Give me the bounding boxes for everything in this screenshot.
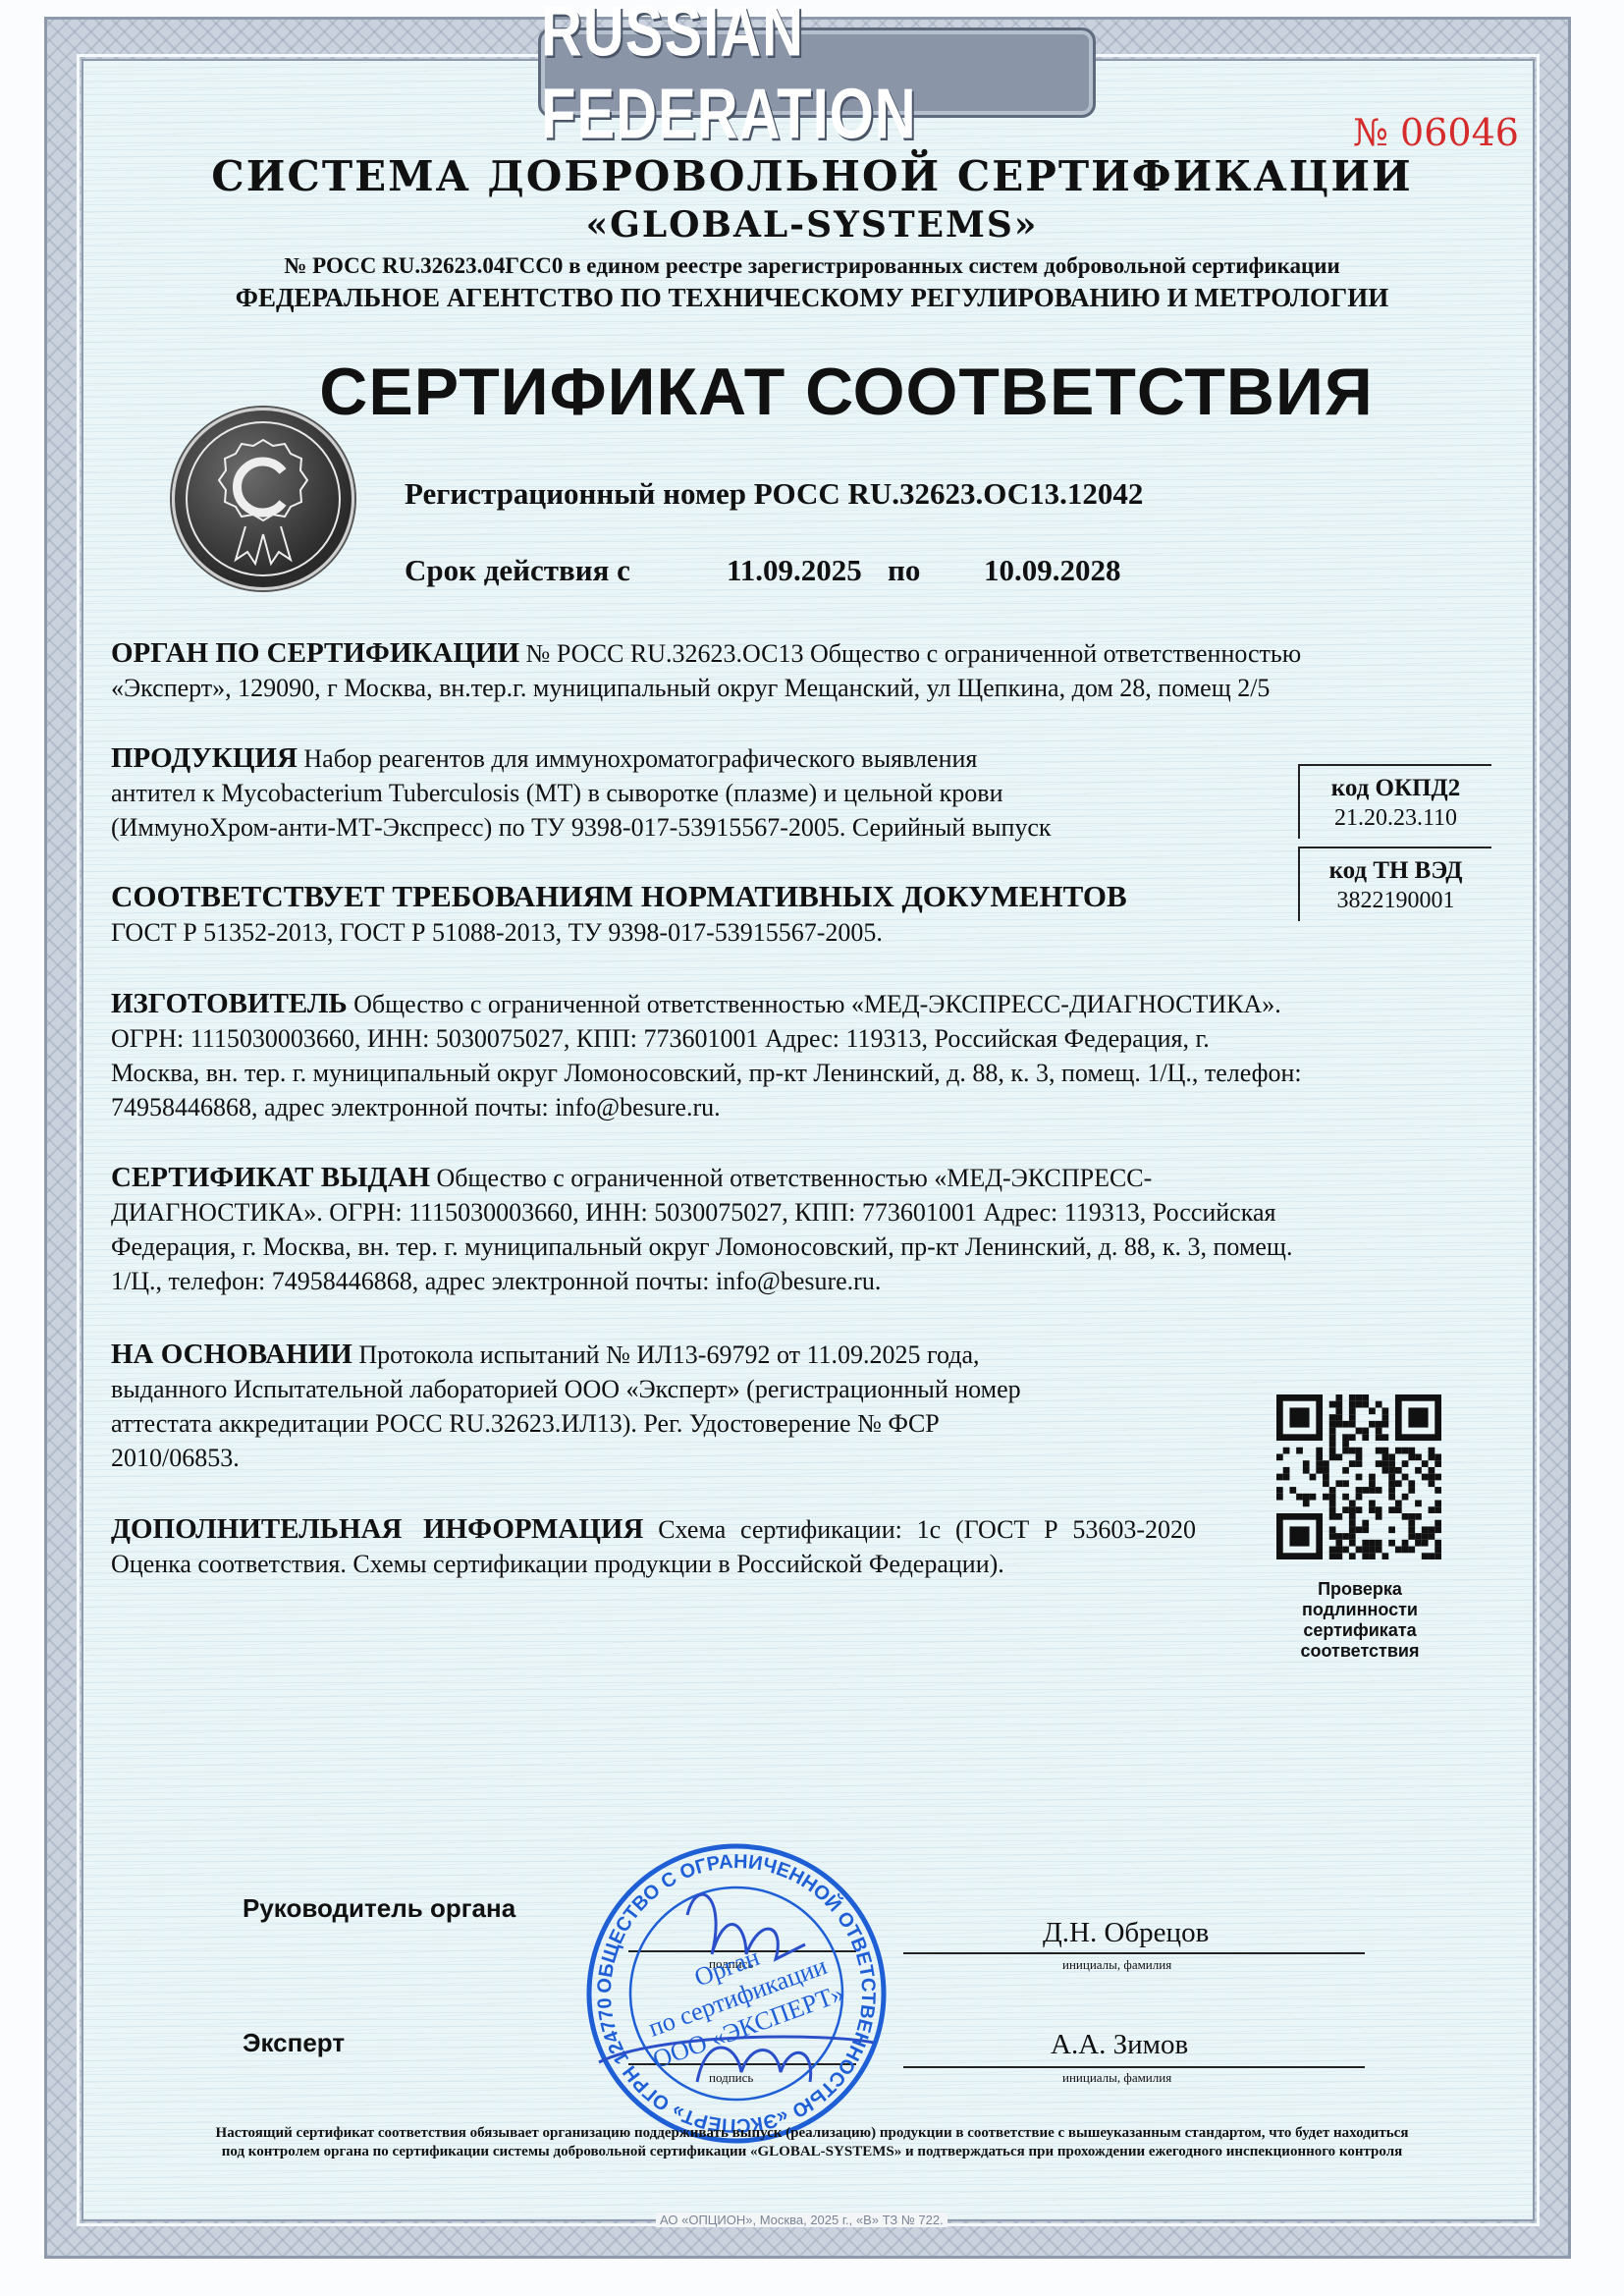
russian-federation-banner: RUSSIAN FEDERATION — [538, 27, 1096, 118]
section-heading: ПРОДУКЦИЯ — [111, 742, 298, 774]
expert-name-label: инициалы, фамилия — [1062, 2070, 1171, 2086]
qr-code-icon[interactable] — [1276, 1394, 1441, 1559]
serial-number: № 06046 — [1353, 111, 1519, 154]
okpd2-value: 21.20.23.110 — [1300, 803, 1491, 833]
section-issued-to: СЕРТИФИКАТ ВЫДАН Общество с ограниченной… — [111, 1161, 1292, 1298]
registration-number: РОСС RU.32623.ОС13.12042 — [754, 476, 1144, 511]
okpd2-code-box: код ОКПД2 21.20.23.110 — [1298, 764, 1491, 839]
head-role-label: Руководитель органа — [243, 1893, 515, 1924]
section-conformity: СООТВЕТСТВУЕТ ТРЕБОВАНИЯМ НОРМАТИВНЫХ ДО… — [111, 879, 1127, 950]
system-registry-line: № РОСС RU.32623.04ГСС0 в едином реестре … — [0, 253, 1624, 279]
head-name-label: инициалы, фамилия — [1062, 1957, 1171, 1973]
section-heading: ОРГАН ПО СЕРТИФИКАЦИИ — [111, 637, 519, 669]
expert-name: А.А. Зимов — [1051, 2029, 1188, 2061]
registration-label: Регистрационный номер — [405, 476, 746, 511]
certificate-seal-icon — [172, 408, 354, 590]
validity-period: Срок действия с 11.09.2025 по 10.09.2028 — [405, 553, 630, 588]
tnved-value: 3822190001 — [1300, 886, 1491, 915]
okpd2-label: код ОКПД2 — [1331, 775, 1460, 801]
tnved-label: код ТН ВЭД — [1329, 857, 1463, 884]
section-manufacturer: ИЗГОТОВИТЕЛЬ Общество с ограниченной отв… — [111, 987, 1302, 1124]
expert-name-line — [903, 2066, 1365, 2068]
section-basis: НА ОСНОВАНИИ Протокола испытаний № ИЛ13-… — [111, 1338, 1021, 1475]
validity-label: Срок действия с — [405, 553, 630, 587]
section-additional-info: ДОПОЛНИТЕЛЬНАЯ ИНФОРМАЦИЯ Схема сертифик… — [111, 1512, 1196, 1581]
section-heading: СЕРТИФИКАТ ВЫДАН — [111, 1162, 430, 1193]
footer-note: Настоящий сертификат соответствия обязыв… — [0, 2124, 1624, 2161]
banner-text: RUSSIAN FEDERATION — [541, 0, 1093, 155]
section-heading: ИЗГОТОВИТЕЛЬ — [111, 988, 348, 1019]
expert-role-label: Эксперт — [243, 2028, 345, 2058]
agency-name: ФЕДЕРАЛЬНОЕ АГЕНТСТВО ПО ТЕХНИЧЕСКОМУ РЕ… — [0, 283, 1624, 313]
tnved-code-box: код ТН ВЭД 3822190001 — [1298, 847, 1491, 921]
section-certification-body: ОРГАН ПО СЕРТИФИКАЦИИ № РОСС RU.32623.ОС… — [111, 636, 1301, 705]
section-heading: НА ОСНОВАНИИ — [111, 1339, 352, 1370]
qr-caption: Проверка подлинности сертификата соответ… — [1267, 1579, 1453, 1662]
organization-stamp-icon: ОБЩЕСТВО С ОГРАНИЧЕННОЙ ОТВЕТСТВЕННОСТЬЮ… — [579, 1836, 893, 2151]
validity-to-label: по — [888, 553, 920, 588]
system-title: СИСТЕМА ДОБРОВОЛЬНОЙ СЕРТИФИКАЦИИ — [0, 152, 1624, 200]
head-name-line — [903, 1952, 1365, 1954]
system-name: «GLOBAL-SYSTEMS» — [0, 204, 1624, 246]
printer-imprint: АО «ОПЦИОН», Москва, 2025 г., «В» ТЗ № 7… — [656, 2213, 947, 2227]
head-name: Д.Н. Обрецов — [1043, 1917, 1209, 1949]
valid-from-date: 11.09.2025 — [727, 553, 862, 588]
registration-number-line: Регистрационный номер РОСС RU.32623.ОС13… — [405, 476, 1143, 512]
section-product: ПРОДУКЦИЯ Набор реагентов для иммунохром… — [111, 741, 1052, 845]
section-heading: СООТВЕТСТВУЕТ ТРЕБОВАНИЯМ НОРМАТИВНЫХ ДО… — [111, 879, 1127, 913]
section-heading: ДОПОЛНИТЕЛЬНАЯ ИНФОРМАЦИЯ — [111, 1513, 643, 1545]
valid-to-date: 10.09.2028 — [984, 553, 1121, 588]
